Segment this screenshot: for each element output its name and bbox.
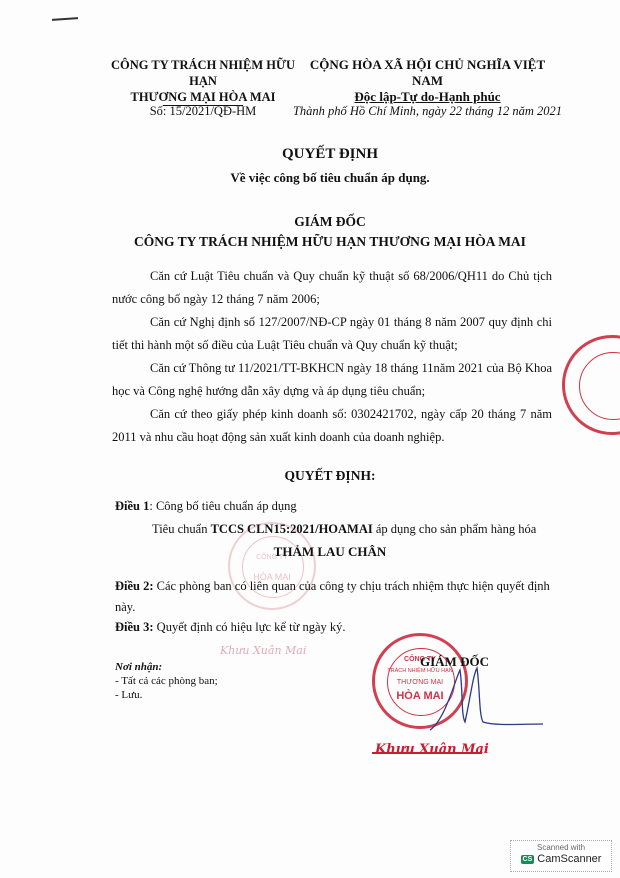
scan-mark [52, 17, 78, 21]
recipients: Nơi nhận: - Tất cả các phòng ban; - Lưu. [115, 660, 218, 702]
authority-org: CÔNG TY TRÁCH NHIỆM HỮU HẠN THƯƠNG MẠI H… [100, 234, 560, 250]
nation-name: CỘNG HÒA XÃ HỘI CHỦ NGHĨA VIỆT NAM [295, 57, 560, 89]
doc-subject: Về việc công bố tiêu chuẩn áp dụng. [100, 170, 560, 186]
camscanner-logo-icon: CS [521, 855, 535, 864]
basis-3: Căn cứ Thông tư 11/2021/TT-BKHCN ngày 18… [112, 357, 552, 403]
company-header: CÔNG TY TRÁCH NHIỆM HỮU HẠN THƯƠNG MẠI H… [108, 57, 298, 106]
decision-heading: QUYẾT ĐỊNH: [100, 468, 560, 484]
company-name-line2: THƯƠNG MẠI HÒA MAI [108, 89, 298, 105]
authority-role: GIÁM ĐỐC [100, 214, 560, 230]
signer-name: Khưu Xuân Mai [375, 742, 489, 757]
company-name-line1: CÔNG TY TRÁCH NHIỆM HỮU HẠN [108, 57, 298, 89]
article-2: Điều 2: Các phòng ban có liên quan của c… [115, 576, 555, 618]
basis-2: Căn cứ Nghị định số 127/2007/NĐ-CP ngày … [112, 311, 552, 357]
recipients-label: Nơi nhận: [115, 660, 218, 674]
article-1: Điều 1: Công bố tiêu chuẩn áp dụng [115, 499, 297, 514]
place-date: Thành phố Hồ Chí Minh, ngày 22 tháng 12 … [290, 104, 565, 119]
recipient-item: - Lưu. [115, 688, 218, 702]
basis-1: Căn cứ Luật Tiêu chuẩn và Quy chuẩn kỹ t… [112, 265, 552, 311]
edge-stamp [562, 335, 620, 435]
national-motto: Độc lập-Tự do-Hạnh phúc [295, 89, 560, 105]
product-name: THẢM LAU CHÂN [100, 544, 560, 560]
recipient-item: - Tất cả các phòng ban; [115, 674, 218, 688]
standard-line: Tiêu chuẩn TCCS CLN15:2021/HOAMAI áp dụn… [152, 522, 536, 537]
doc-number: Số: 15/2021/QĐ-HM [108, 104, 298, 119]
signature-scribble [425, 660, 545, 740]
standard-code: TCCS CLN15:2021/HOAMAI [211, 522, 373, 536]
faint-signature: Khưu Xuân Mai [220, 644, 306, 657]
camscanner-watermark: Scanned with CS CamScanner [510, 840, 612, 872]
name-underline [372, 752, 482, 754]
article-3: Điều 3: Quyết định có hiệu lực kể từ ngà… [115, 620, 346, 635]
doc-title: QUYẾT ĐỊNH [100, 146, 560, 163]
basis-4: Căn cứ theo giấy phép kinh doanh số: 030… [112, 403, 552, 449]
national-header: CỘNG HÒA XÃ HỘI CHỦ NGHĨA VIỆT NAM Độc l… [295, 57, 560, 105]
